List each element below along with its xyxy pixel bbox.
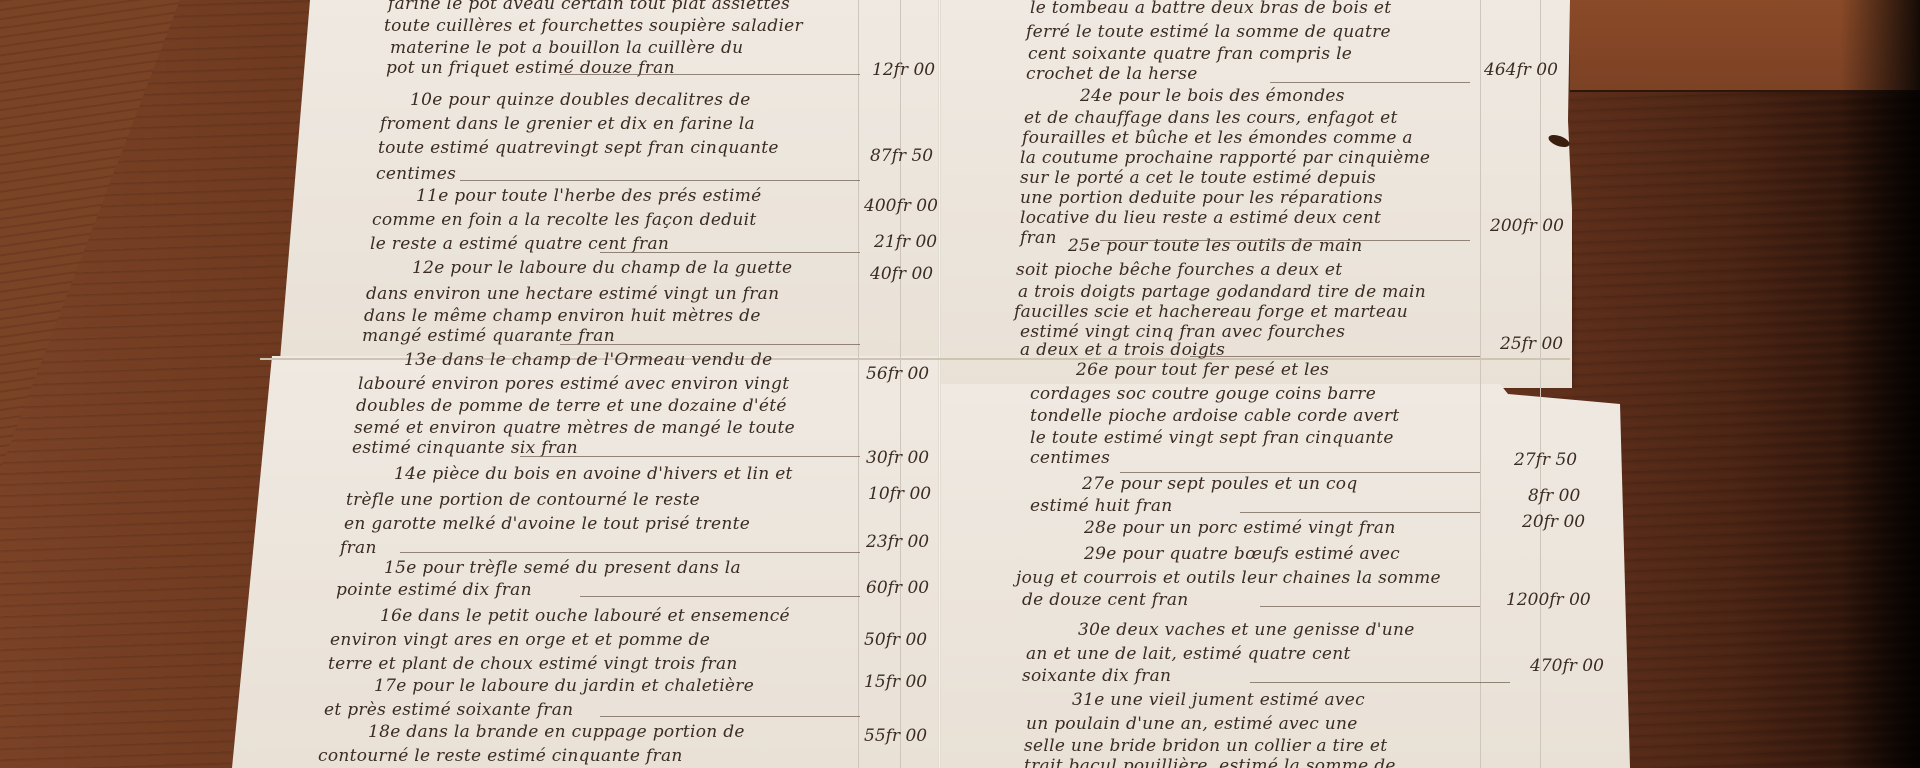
entry-rule xyxy=(1250,682,1510,683)
handwritten-line: doubles de pomme de terre et une dozaine… xyxy=(356,396,787,416)
handwritten-line: semé et environ quatre mètres de mangé l… xyxy=(354,418,795,438)
edge-shadow xyxy=(1840,0,1920,768)
amount-value: 40fr 00 xyxy=(870,264,933,284)
handwritten-line: centimes xyxy=(1030,448,1110,468)
handwritten-line: a trois doigts partage godandard tire de… xyxy=(1018,282,1426,302)
handwritten-line: terre et plant de choux estimé vingt tro… xyxy=(328,654,738,674)
entry-rule xyxy=(1260,606,1480,607)
entry-rule xyxy=(560,74,860,75)
handwritten-line: de douze cent fran xyxy=(1022,590,1189,610)
handwritten-line: environ vingt ares en orge et et pomme d… xyxy=(330,630,710,650)
amount-value: 12fr 00 xyxy=(872,60,935,80)
entry-rule xyxy=(600,716,860,717)
amount-value: 400fr 00 xyxy=(864,196,938,216)
handwritten-line: soit pioche bêche fourches a deux et xyxy=(1016,260,1342,280)
amount-value: 464fr 00 xyxy=(1484,60,1558,80)
handwritten-line: 13e dans le champ de l'Ormeau vendu de xyxy=(404,350,772,370)
handwritten-line: comme en foin a la recolte les façon ded… xyxy=(372,210,756,230)
entry-rule xyxy=(400,552,860,553)
handwritten-line: fourailles et bûche et les émondes comme… xyxy=(1022,128,1413,148)
entry-rule xyxy=(600,252,860,253)
entry-rule xyxy=(1240,512,1480,513)
handwritten-line: farine le pot aveau certain tout plat as… xyxy=(388,0,790,14)
handwritten-line: a deux et a trois doigts xyxy=(1020,340,1225,360)
amount-value: 10fr 00 xyxy=(868,484,931,504)
handwritten-line: estimé huit fran xyxy=(1030,496,1173,516)
handwritten-line: 14e pièce du bois en avoine d'hivers et … xyxy=(394,464,793,484)
handwritten-line: joug et courrois et outils leur chaines … xyxy=(1016,568,1441,588)
handwritten-line: pointe estimé dix fran xyxy=(336,580,532,600)
handwritten-line: trait bacul pouillière, estimé la somme … xyxy=(1024,756,1396,768)
amount-value: 21fr 00 xyxy=(874,232,937,252)
handwritten-line: 12e pour le laboure du champ de la guett… xyxy=(412,258,792,278)
vertical-fold xyxy=(938,0,941,768)
handwritten-line: estimé vingt cinq fran avec fourches xyxy=(1020,322,1345,342)
amount-value: 200fr 00 xyxy=(1490,216,1564,236)
handwritten-line: la coutume prochaine rapporté par cinqui… xyxy=(1020,148,1430,168)
handwritten-line: 28e pour un porc estimé vingt fran xyxy=(1084,518,1396,538)
handwritten-line: sur le porté a cet le toute estimé depui… xyxy=(1020,168,1376,188)
handwritten-line: locative du lieu reste a estimé deux cen… xyxy=(1020,208,1381,228)
amount-value: 25fr 00 xyxy=(1500,334,1563,354)
handwritten-line: selle une bride bridon un collier a tire… xyxy=(1024,736,1387,756)
handwritten-line: et de chauffage dans les cours, enfagot … xyxy=(1024,108,1398,128)
handwritten-line: 10e pour quinze doubles decalitres de xyxy=(410,90,751,110)
handwritten-line: cent soixante quatre fran compris le xyxy=(1028,44,1352,64)
amount-value: 15fr 00 xyxy=(864,672,927,692)
handwritten-line: 18e dans la brande en cuppage portion de xyxy=(368,722,745,742)
amount-value: 60fr 00 xyxy=(866,578,929,598)
handwritten-line: 11e pour toute l'herbe des prés estimé xyxy=(416,186,762,206)
handwritten-line: 17e pour le laboure du jardin et chaleti… xyxy=(374,676,754,696)
handwritten-line: 15e pour trèfle semé du present dans la xyxy=(384,558,741,578)
handwritten-line: mangé estimé quarante fran xyxy=(362,326,615,346)
amount-margin-line-right-2 xyxy=(1540,0,1541,768)
handwritten-line: fran xyxy=(1020,228,1057,248)
handwritten-line: toute estimé quatrevingt sept fran cinqu… xyxy=(378,138,779,158)
handwritten-line: le tombeau a battre deux bras de bois et xyxy=(1030,0,1391,18)
handwritten-line: pot un friquet estimé douze fran xyxy=(386,58,675,78)
handwritten-line: ferré le toute estimé la somme de quatre xyxy=(1026,22,1391,42)
amount-value: 8fr 00 xyxy=(1528,486,1580,506)
amount-value: 470fr 00 xyxy=(1530,656,1604,676)
handwritten-line: fran xyxy=(340,538,377,558)
handwritten-line: materine le pot a bouillon la cuillère d… xyxy=(390,38,743,58)
amount-value: 56fr 00 xyxy=(866,364,929,384)
handwritten-line: soixante dix fran xyxy=(1022,666,1171,686)
handwritten-line: le reste a estimé quatre cent fran xyxy=(370,234,669,254)
handwritten-line: et près estimé soixante fran xyxy=(324,700,573,720)
amount-value: 27fr 50 xyxy=(1514,450,1577,470)
handwritten-line: cordages soc coutre gouge coins barre xyxy=(1030,384,1376,404)
amount-margin-line-left-2 xyxy=(900,0,901,768)
amount-value: 30fr 00 xyxy=(866,448,929,468)
amount-margin-line-right xyxy=(1480,0,1481,768)
handwritten-line: 29e pour quatre bœufs estimé avec xyxy=(1084,544,1400,564)
entry-rule xyxy=(520,456,860,457)
handwritten-line: tondelle pioche ardoise cable corde aver… xyxy=(1030,406,1400,426)
amount-value: 1200fr 00 xyxy=(1506,590,1591,610)
handwritten-line: 25e pour toute les outils de main xyxy=(1068,236,1363,256)
handwritten-line: labouré environ pores estimé avec enviro… xyxy=(358,374,789,394)
handwritten-line: contourné le reste estimé cinquante fran xyxy=(318,746,683,766)
amount-value: 20fr 00 xyxy=(1522,512,1585,532)
handwritten-line: crochet de la herse xyxy=(1026,64,1198,84)
amount-value: 87fr 50 xyxy=(870,146,933,166)
handwritten-line: 16e dans le petit ouche labouré et ensem… xyxy=(380,606,790,626)
entry-rule xyxy=(1100,240,1470,241)
amount-margin-line-left xyxy=(858,0,859,768)
handwritten-line: dans environ une hectare estimé vingt un… xyxy=(366,284,779,304)
amount-value: 50fr 00 xyxy=(864,630,927,650)
handwritten-line: centimes xyxy=(376,164,456,184)
entry-rule xyxy=(460,180,860,181)
handwritten-line: 27e pour sept poules et un coq xyxy=(1082,474,1358,494)
entry-rule xyxy=(560,344,860,345)
handwritten-line: une portion deduite pour les réparations xyxy=(1020,188,1383,208)
entry-rule xyxy=(1190,356,1480,357)
handwritten-line: toute cuillères et fourchettes soupière … xyxy=(384,16,803,36)
handwritten-line: dans le même champ environ huit mètres d… xyxy=(364,306,761,326)
entry-rule xyxy=(1120,472,1480,473)
handwritten-line: un poulain d'une an, estimé avec une xyxy=(1026,714,1358,734)
handwritten-line: estimé cinquante six fran xyxy=(352,438,578,458)
amount-value: 23fr 00 xyxy=(866,532,929,552)
entry-rule xyxy=(580,596,860,597)
handwritten-line: froment dans le grenier et dix en farine… xyxy=(380,114,755,134)
handwritten-line: trèfle une portion de contourné le reste xyxy=(346,490,700,510)
handwritten-line: 30e deux vaches et une genisse d'une xyxy=(1078,620,1415,640)
handwritten-line: faucilles scie et hachereau forge et mar… xyxy=(1014,302,1408,322)
handwritten-line: an et une de lait, estimé quatre cent xyxy=(1026,644,1351,664)
handwritten-line: 26e pour tout fer pesé et les xyxy=(1076,360,1329,380)
handwritten-line: 24e pour le bois des émondes xyxy=(1080,86,1345,106)
handwritten-line: 31e une vieil jument estimé avec xyxy=(1072,690,1365,710)
handwritten-line: le toute estimé vingt sept fran cinquant… xyxy=(1030,428,1394,448)
entry-rule xyxy=(1270,82,1470,83)
handwritten-line: en garotte melké d'avoine le tout prisé … xyxy=(344,514,750,534)
amount-value: 55fr 00 xyxy=(864,726,927,746)
